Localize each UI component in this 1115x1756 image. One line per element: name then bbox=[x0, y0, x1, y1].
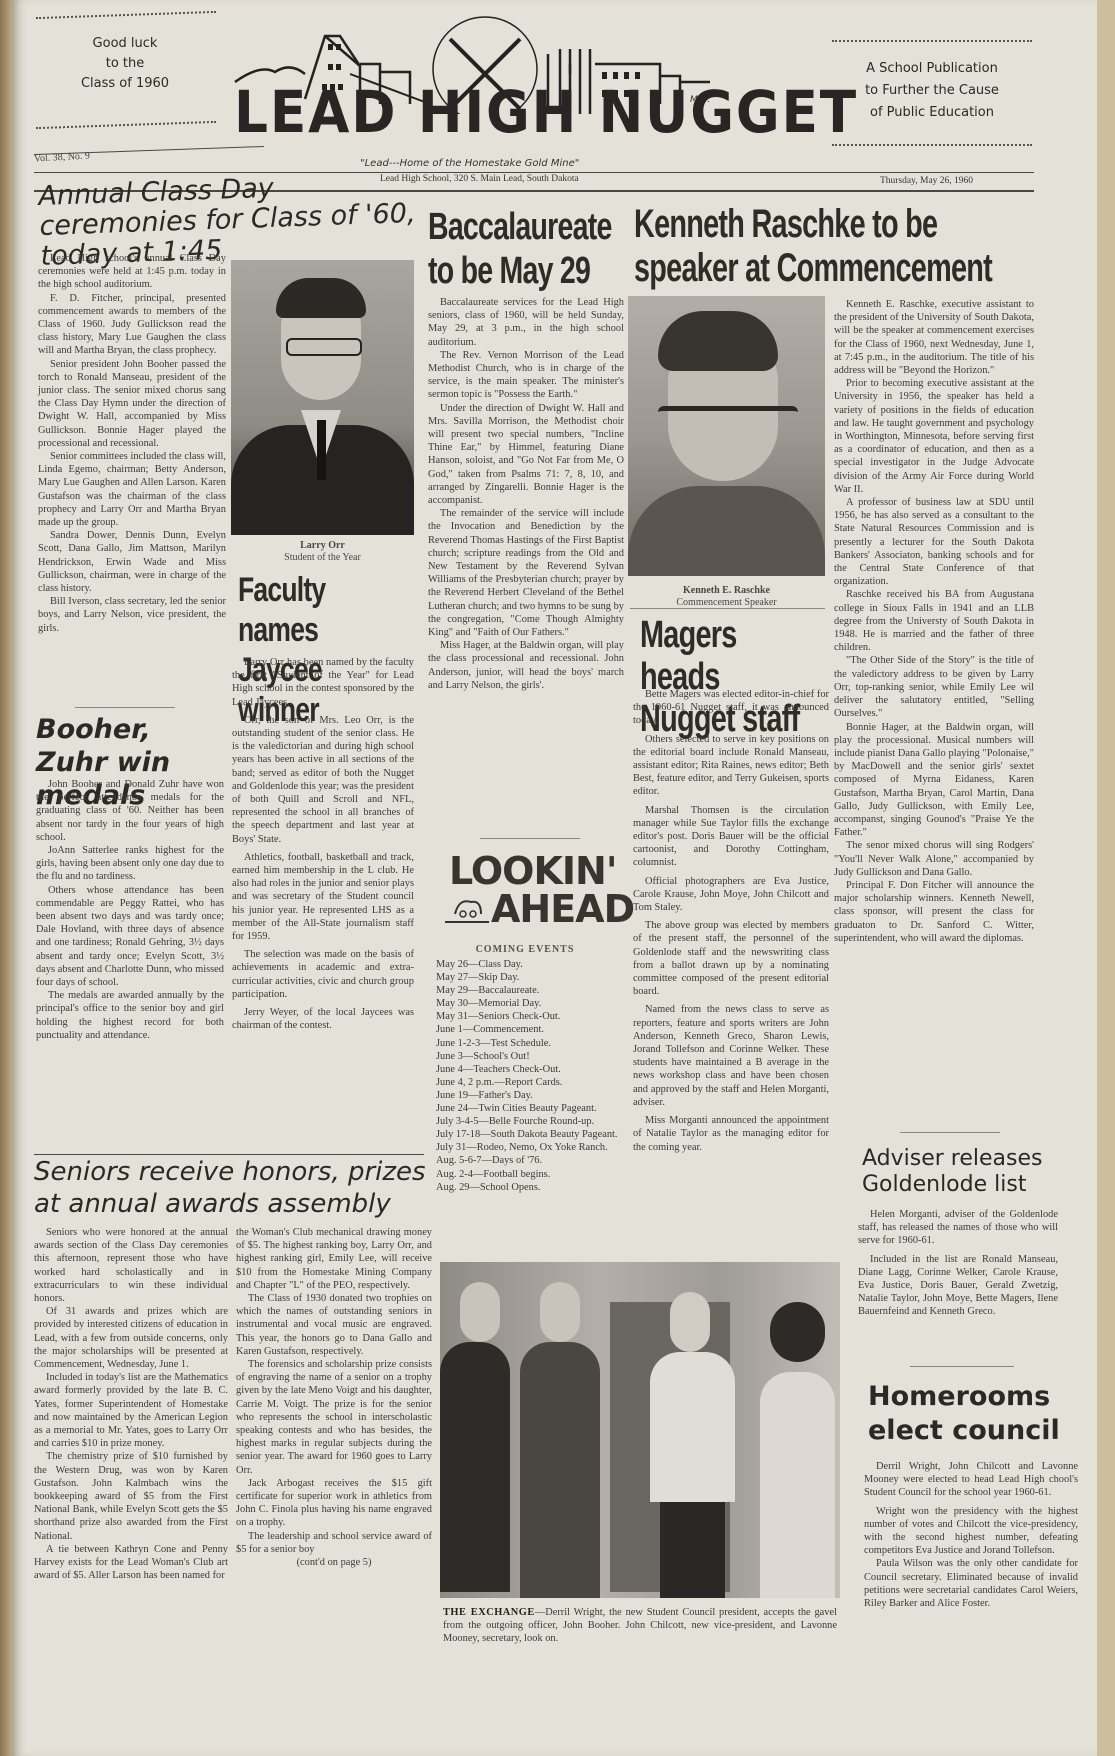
event-item: June 1-2-3—Test Schedule. bbox=[436, 1037, 620, 1050]
statement-line: of Public Education bbox=[842, 102, 1022, 124]
raschke-caption: Kenneth E. Raschke Commencement Speaker bbox=[628, 585, 825, 609]
article-homerooms: Derril Wright, John Chilcott and Lavonne… bbox=[864, 1460, 1078, 1610]
article-jaycee: Larry Orr has been named by the faculty … bbox=[232, 656, 414, 1032]
article-class-day: Lead High school's annual Class Day cere… bbox=[38, 252, 226, 635]
masthead-title: LEAD HIGH NUGGET bbox=[234, 82, 858, 142]
event-item: June 1—Commencement. bbox=[436, 1023, 620, 1036]
exchange-photo bbox=[440, 1262, 840, 1598]
good-luck-line: Class of 1960 bbox=[60, 74, 190, 94]
article-divider bbox=[630, 608, 825, 609]
masthead-rule bbox=[34, 172, 1034, 173]
headline-homerooms: Homerooms elect council bbox=[868, 1380, 1068, 1448]
article-seniors-honors-col1: Seniors who were honored at the annual a… bbox=[34, 1226, 228, 1582]
event-item: June 24—Twin Cities Beauty Pageant. bbox=[436, 1102, 620, 1115]
statement-line: to Further the Cause bbox=[842, 80, 1022, 102]
ornamental-rule bbox=[832, 144, 1032, 146]
event-item: Aug. 29—School Opens. bbox=[436, 1181, 620, 1194]
event-item: Aug. 2-4—Football begins. bbox=[436, 1168, 620, 1181]
headline-goldenlode: Adviser releases Goldenlode list bbox=[862, 1146, 1062, 1198]
headline-baccalaureate: Baccalaureate to be May 29 bbox=[428, 205, 623, 293]
event-item: June 4, 2 p.m.—Report Cards. bbox=[436, 1076, 620, 1089]
good-luck-box: Good luck to the Class of 1960 bbox=[60, 34, 190, 94]
event-item: Aug. 5-6-7—Days of '76. bbox=[436, 1154, 620, 1167]
article-booher-zuhr: John Booher and Donald Zuhr have won the… bbox=[36, 778, 224, 1042]
lookin-ahead-logo: LOOKIN' AHEAD bbox=[445, 852, 625, 928]
raschke-portrait bbox=[628, 296, 825, 576]
event-item: May 30—Memorial Day. bbox=[436, 997, 620, 1010]
event-item: June 19—Father's Day. bbox=[436, 1089, 620, 1102]
event-item: July 17-18—South Dakota Beauty Pageant. bbox=[436, 1128, 620, 1141]
ornamental-rule bbox=[832, 40, 1032, 42]
event-item: June 3—School's Out! bbox=[436, 1050, 620, 1063]
article-seniors-honors-col2: the Woman's Club mechanical drawing mone… bbox=[236, 1226, 432, 1569]
event-item: May 31—Seniors Check-Out. bbox=[436, 1010, 620, 1023]
article-divider bbox=[900, 1132, 1000, 1133]
event-item: July 3-4-5—Belle Fourche Round-up. bbox=[436, 1115, 620, 1128]
event-item: June 4—Teachers Check-Out. bbox=[436, 1063, 620, 1076]
article-raschke: Kenneth E. Raschke, executive assistant … bbox=[834, 298, 1034, 945]
larry-orr-caption: Larry Orr Student of the Year bbox=[231, 540, 414, 564]
publication-statement: A School Publication to Further the Caus… bbox=[842, 58, 1022, 124]
article-magers: Bette Magers was elected editor-in-chief… bbox=[633, 688, 829, 1154]
larry-orr-portrait bbox=[231, 260, 414, 535]
article-divider bbox=[480, 838, 580, 839]
article-baccalaureate: Baccalaureate services for the Lead High… bbox=[428, 296, 624, 692]
good-luck-line: to the bbox=[60, 54, 190, 74]
article-divider bbox=[75, 707, 175, 708]
exchange-caption: THE EXCHANGE—Derril Wright, the new Stud… bbox=[443, 1606, 837, 1646]
coming-events-heading: COMING EVENTS bbox=[430, 944, 620, 955]
article-goldenlode: Helen Morganti, adviser of the Goldenlod… bbox=[858, 1208, 1058, 1319]
event-item: May 27—Skip Day. bbox=[436, 971, 620, 984]
headline-seniors-honors: Seniors receive honors, prizes at annual… bbox=[34, 1156, 454, 1220]
event-item: May 26—Class Day. bbox=[436, 958, 620, 971]
event-item: May 29—Baccalaureate. bbox=[436, 984, 620, 997]
statement-line: A School Publication bbox=[842, 58, 1022, 80]
issue-date: Thursday, May 26, 1960 bbox=[880, 176, 973, 186]
good-luck-line: Good luck bbox=[60, 34, 190, 54]
event-item: July 31—Rodeo, Nemo, Ox Yoke Ranch. bbox=[436, 1141, 620, 1154]
continued-notice[interactable]: (cont'd on page 5) bbox=[236, 1556, 432, 1569]
article-divider bbox=[34, 1154, 424, 1155]
masthead-motto: "Lead---Home of the Homestake Gold Mine" bbox=[360, 158, 579, 169]
article-divider bbox=[910, 1366, 1014, 1367]
peeking-kid-icon bbox=[445, 896, 489, 926]
